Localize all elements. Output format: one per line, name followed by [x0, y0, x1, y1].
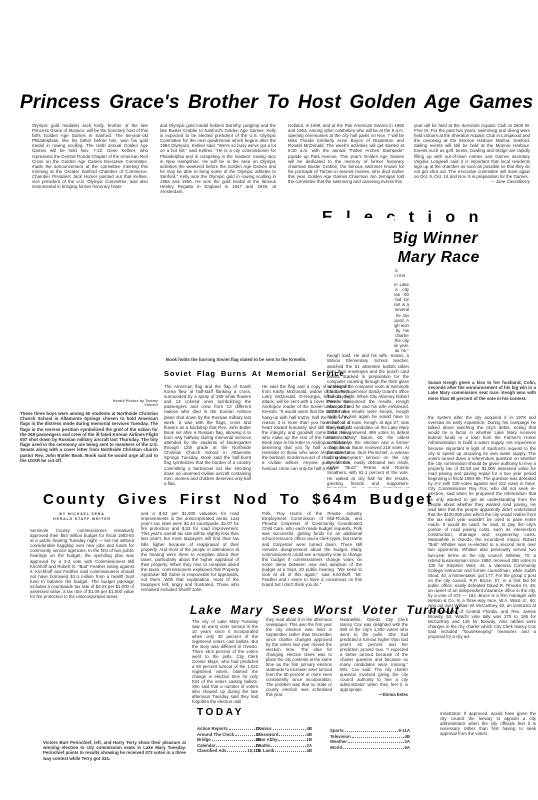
- turnout-col1: The city of Lake Mary Tuesday saw its wo…: [192, 619, 258, 707]
- soviet-photo-credit: Herald Photos by Tommy Vincent: [100, 399, 158, 407]
- keogh-photo-washed-out: [428, 283, 536, 377]
- dot-leader: [227, 751, 246, 752]
- today-index-col3: Sports9-11A Television4B Weather2A World…: [330, 729, 410, 750]
- flag-burning-photo-washed-out: [164, 218, 394, 353]
- perinchief-caption: Victors Burt Perinchief, left, and Harry…: [43, 740, 186, 762]
- keogh-photo-caption: Susan Keogh gives a kiss to her husband,…: [428, 380, 536, 412]
- dot-leader: [216, 746, 254, 747]
- dot-leader: [279, 735, 305, 736]
- index-item: World5A: [330, 746, 410, 751]
- golden-age-tagline: — Jane Casselberry: [414, 179, 530, 184]
- budget-byline: By Michael Seba Herald Staff Writer: [30, 512, 134, 521]
- dot-leader: [343, 748, 403, 749]
- budget-headline: County Gives First Nod To $64m Budget: [43, 491, 433, 508]
- today-index-col1: Action Reports2A Around The Clock4A Brid…: [197, 727, 261, 754]
- today-index-col2: Comics4B Crossword4B Dear Abby1B Deaths2…: [256, 727, 312, 754]
- index-label: Dr. Lamb: [256, 749, 274, 754]
- election-continuation-col: the system after the city acquired it in…: [428, 415, 536, 707]
- dot-leader: [278, 740, 305, 741]
- flag-boys-photo-washed-out: [20, 218, 158, 396]
- soviet-top-caption: Book holds the burning Soviet flag slate…: [166, 357, 311, 362]
- turnout-tagline: —Donna Estes: [340, 692, 408, 697]
- election-continuation-fragment: ministrator. If approved, would have giv…: [440, 711, 536, 759]
- dot-leader: [229, 729, 255, 730]
- index-label: Classified Ads: [197, 749, 226, 754]
- flag-boys-caption: These three boys were among 50 students …: [20, 411, 158, 483]
- budget-col2: and a $.53 per $1,000 valuation for road…: [141, 511, 239, 612]
- index-item: Weather2A: [330, 740, 410, 745]
- golden-age-col3: Holland, in 1949, and at the Pan America…: [288, 123, 404, 213]
- budget-col3: Polk, Roy Harris of the Private Industry…: [262, 511, 362, 602]
- soviet-headline: Soviet Flag Burns At Memorial Service: [164, 369, 345, 378]
- index-item: Classified Ads10,11B: [197, 749, 261, 754]
- perinchief-photo-washed-out: [20, 612, 180, 734]
- dot-leader: [271, 746, 305, 747]
- turnout-col3: Meanwhile, Oviedo City Clerk Nancy Cox w…: [340, 617, 408, 707]
- golden-age-col1: Olympic gold medalist Jack Kelly, brothe…: [32, 123, 148, 213]
- soviet-col1: The American flag and the flag of South …: [164, 384, 251, 485]
- budget-col1: Seminole County commissioners tentativel…: [30, 528, 134, 612]
- budget-byline-title: Herald Staff Writer: [30, 517, 134, 522]
- dot-leader: [352, 737, 404, 738]
- soviet-col2: He said the flag and a copy of a telegra…: [262, 384, 350, 483]
- dot-leader: [348, 742, 404, 743]
- dot-leader: [275, 751, 305, 752]
- dot-leader: [212, 740, 255, 741]
- main-headline: Princess Grace's Brother To Host Golden …: [20, 92, 518, 114]
- dot-leader: [345, 731, 398, 732]
- index-page: 5A: [405, 746, 411, 751]
- turnout-col2: they read about it in the afternoon news…: [266, 617, 332, 705]
- golden-age-col2: and Olympic gold medal holders Dorothy L…: [160, 123, 276, 213]
- index-label: World: [330, 746, 342, 751]
- golden-age-col4-text: year will be held at the Seminole Aquati…: [414, 123, 530, 179]
- index-item: Dr. Lamb4B: [256, 749, 312, 754]
- index-page: 4B: [307, 749, 313, 754]
- today-title: TODAY: [197, 707, 244, 718]
- turnout-headline: Lake Mary Sees Worst Voter Turnout: [190, 603, 460, 617]
- newspaper-page: Princess Grace's Brother To Host Golden …: [0, 0, 538, 800]
- golden-age-col4: year will be held at the Seminole Aquati…: [414, 123, 530, 213]
- turnout-col3-text: Meanwhile, Oviedo City Clerk Nancy Cox w…: [340, 617, 408, 692]
- dot-leader: [235, 735, 254, 736]
- dot-leader: [273, 729, 306, 730]
